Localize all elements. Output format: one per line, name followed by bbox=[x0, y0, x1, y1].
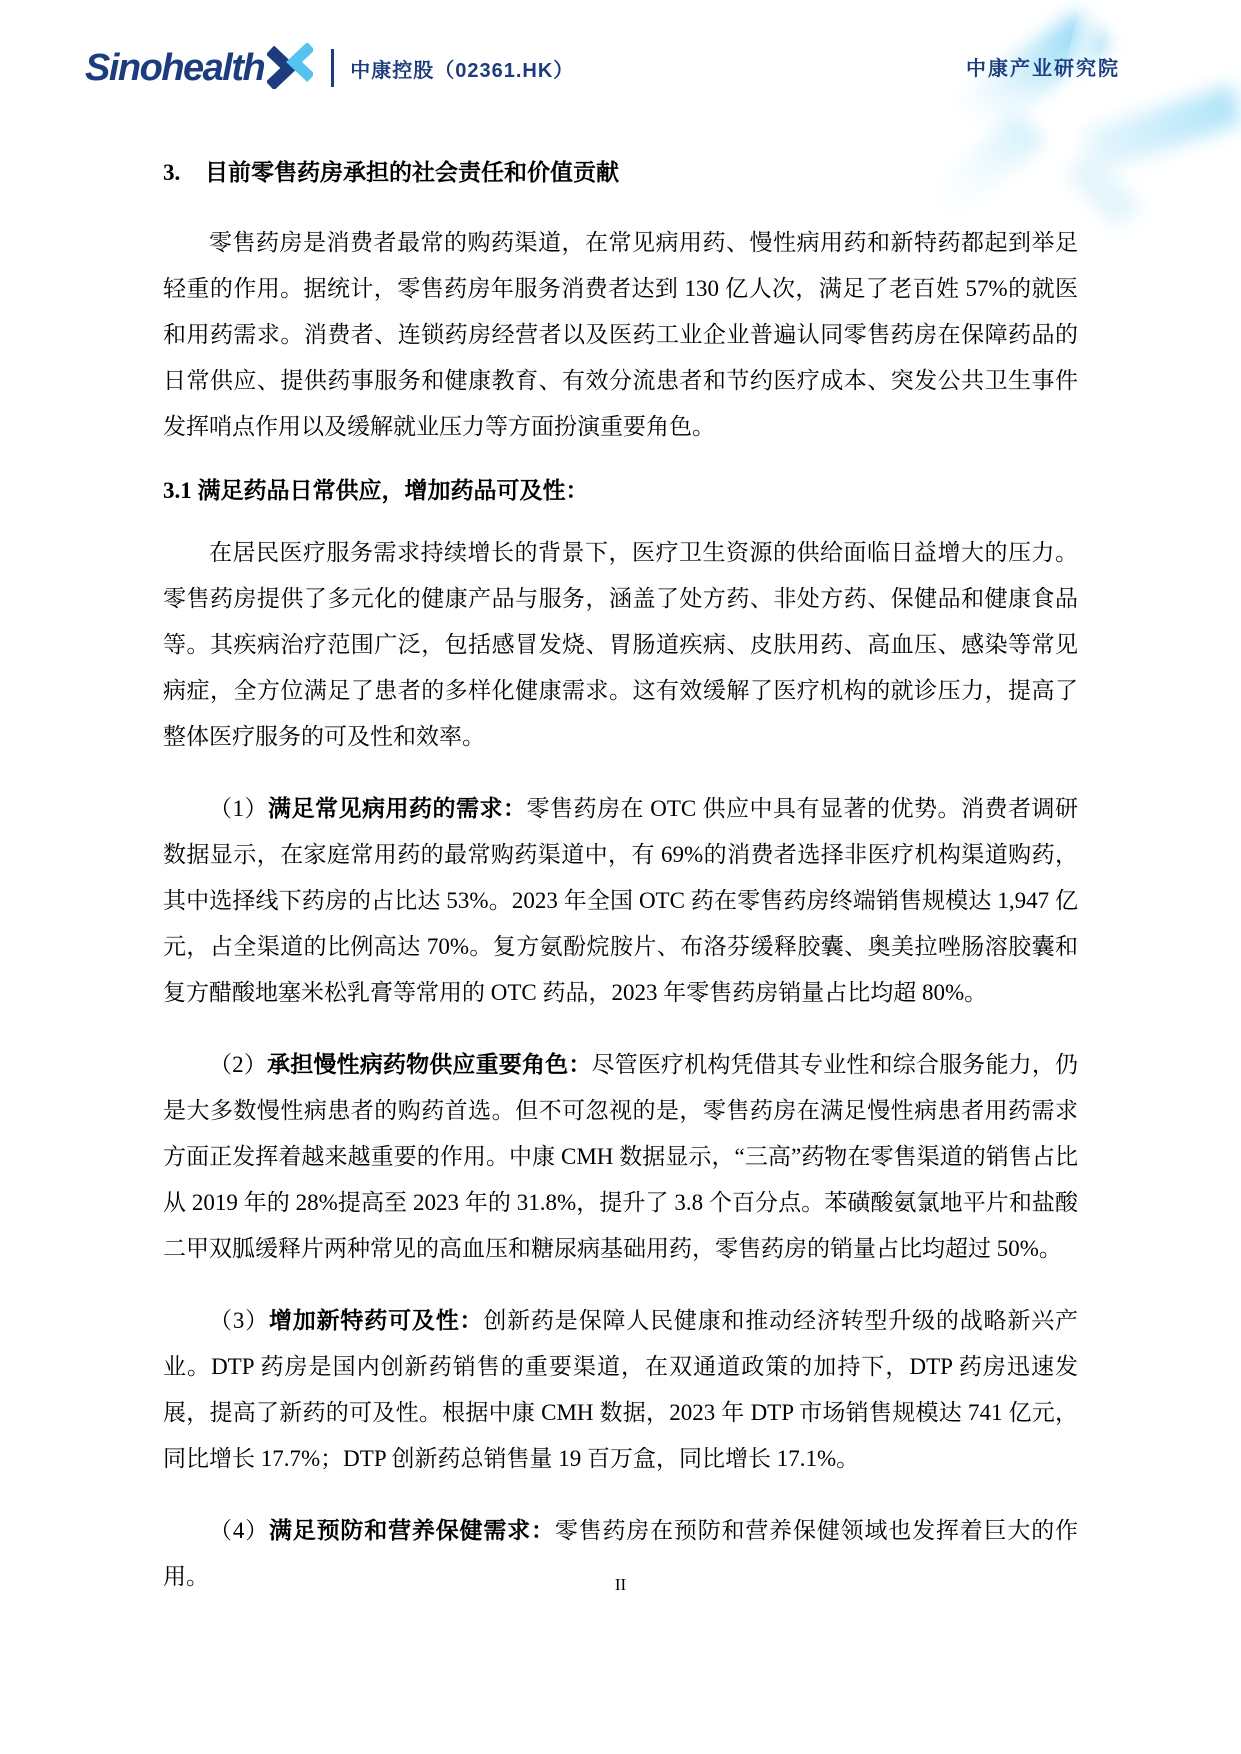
paragraph-lead-label: 满足预防和营养保健需求： bbox=[269, 1518, 555, 1543]
paragraph: 零售药房是消费者最常的购药渠道，在常见病用药、慢性病用药和新特药都起到举足轻重的… bbox=[163, 220, 1078, 450]
paragraph-text: 零售药房是消费者最常的购药渠道，在常见病用药、慢性病用药和新特药都起到举足轻重的… bbox=[163, 230, 1078, 439]
subsection-heading: 3.1 满足药品日常供应，增加药品可及性： bbox=[163, 476, 1078, 506]
page-number: II bbox=[615, 1575, 626, 1594]
paragraph-text: （3） bbox=[209, 1308, 269, 1333]
paragraph-lead-label: 满足常见病用药的需求： bbox=[268, 796, 527, 821]
paragraph-text: （4） bbox=[209, 1518, 269, 1543]
section-number: 3. bbox=[163, 158, 205, 188]
paragraph: （3）增加新特药可及性：创新药是保障人民健康和推动经济转型升级的战略新兴产业。D… bbox=[163, 1298, 1078, 1482]
page-footer: II bbox=[0, 1574, 1241, 1596]
paragraph-text: 在居民医疗服务需求持续增长的背景下，医疗卫生资源的供给面临日益增大的压力。零售药… bbox=[163, 540, 1078, 749]
paragraph-text: （1） bbox=[209, 796, 268, 821]
report-page: { "page": { "width": 1241, "height": 175… bbox=[0, 0, 1241, 1754]
paragraph-text: （2） bbox=[209, 1052, 267, 1077]
section-heading: 3.目前零售药房承担的社会责任和价值贡献 bbox=[163, 158, 1078, 188]
paragraph: 在居民医疗服务需求持续增长的背景下，医疗卫生资源的供给面临日益增大的压力。零售药… bbox=[163, 530, 1078, 760]
paragraph-text: 尽管医疗机构凭借其专业性和综合服务能力，仍是大多数慢性病患者的购药首选。但不可忽… bbox=[163, 1052, 1078, 1261]
document-body: 3.目前零售药房承担的社会责任和价值贡献零售药房是消费者最常的购药渠道，在常见病… bbox=[163, 0, 1078, 1626]
paragraph: （1）满足常见病用药的需求：零售药房在 OTC 供应中具有显著的优势。消费者调研… bbox=[163, 786, 1078, 1016]
paragraph-text: 零售药房在 OTC 供应中具有显著的优势。消费者调研数据显示，在家庭常用药的最常… bbox=[163, 796, 1078, 1005]
paragraph: （2）承担慢性病药物供应重要角色：尽管医疗机构凭借其专业性和综合服务能力，仍是大… bbox=[163, 1042, 1078, 1272]
paragraph-lead-label: 承担慢性病药物供应重要角色： bbox=[267, 1052, 591, 1077]
paragraph-lead-label: 增加新特药可及性： bbox=[269, 1308, 483, 1333]
